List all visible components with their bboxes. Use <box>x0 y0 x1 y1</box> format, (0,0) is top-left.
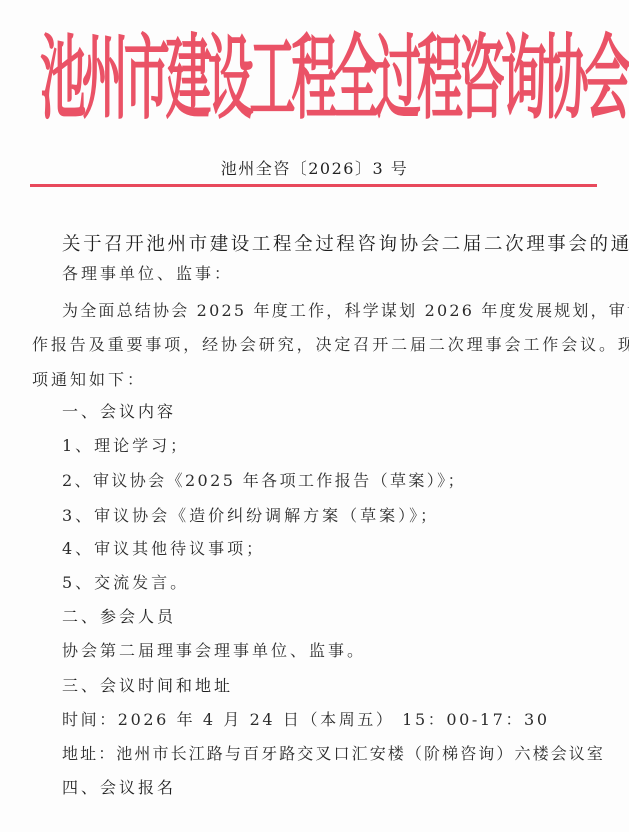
letterhead-char: 会 <box>585 32 627 232</box>
intro-line-3: 项通知如下： <box>32 370 146 390</box>
letterhead-char: 池 <box>40 32 82 232</box>
intro-line-1: 为全面总结协会 2025 年度工作，科学谋划 2026 年度发展规划，审议相关工 <box>62 301 629 321</box>
letterhead-char: 设 <box>208 32 250 232</box>
meeting-time: 时间：2026 年 4 月 24 日（本周五） 15：00-17：30 <box>62 710 550 730</box>
letterhead-char: 询 <box>501 32 543 232</box>
letterhead-char: 程 <box>291 32 333 232</box>
letterhead-char: 工 <box>249 32 291 232</box>
notice-document: 池 州 市 建 设 工 程 全 过 程 咨 询 协 会 池州全咨〔2026〕3 … <box>0 0 629 832</box>
section-heading-registration: 四、会议报名 <box>62 778 176 798</box>
agenda-item: 2、审议协会《2025 年各项工作报告（草案）》； <box>62 471 466 491</box>
section-heading-attendees: 二、参会人员 <box>62 607 176 627</box>
section-heading-meeting-content: 一、会议内容 <box>62 402 176 422</box>
attendees-text: 协会第二届理事会理事单位、监事。 <box>62 641 366 661</box>
red-divider-rule <box>30 184 597 187</box>
letterhead-char: 过 <box>375 32 417 232</box>
agenda-item: 1、理论学习； <box>62 436 189 456</box>
letterhead-char: 咨 <box>459 32 501 232</box>
document-number: 池州全咨〔2026〕3 号 <box>0 156 629 179</box>
meeting-address: 地址：池州市长江路与百牙路交叉口汇安楼（阶梯咨询）六楼会议室 <box>62 744 605 764</box>
section-heading-time-address: 三、会议时间和地址 <box>62 676 233 696</box>
agenda-item: 3、审议协会《造价纠纷调解方案（草案）》； <box>62 506 439 526</box>
letterhead-char: 州 <box>82 32 124 232</box>
agenda-item: 4、审议其他待议事项； <box>62 539 265 559</box>
letterhead-char: 市 <box>124 32 166 232</box>
agenda-item: 5、交流发言。 <box>62 573 189 593</box>
letterhead-char: 建 <box>166 32 208 232</box>
salutation: 各理事单位、监事： <box>62 264 233 284</box>
organization-letterhead: 池 州 市 建 设 工 程 全 过 程 咨 询 协 会 <box>40 22 585 132</box>
letterhead-char: 全 <box>333 32 375 232</box>
letterhead-char: 程 <box>417 32 459 232</box>
letterhead-char: 协 <box>543 32 585 232</box>
notice-title: 关于召开池州市建设工程全过程咨询协会二届二次理事会的通知 <box>62 230 629 256</box>
intro-line-2: 作报告及重要事项，经协会研究，决定召开二届二次理事会工作会议。现将有关事 <box>32 335 629 355</box>
